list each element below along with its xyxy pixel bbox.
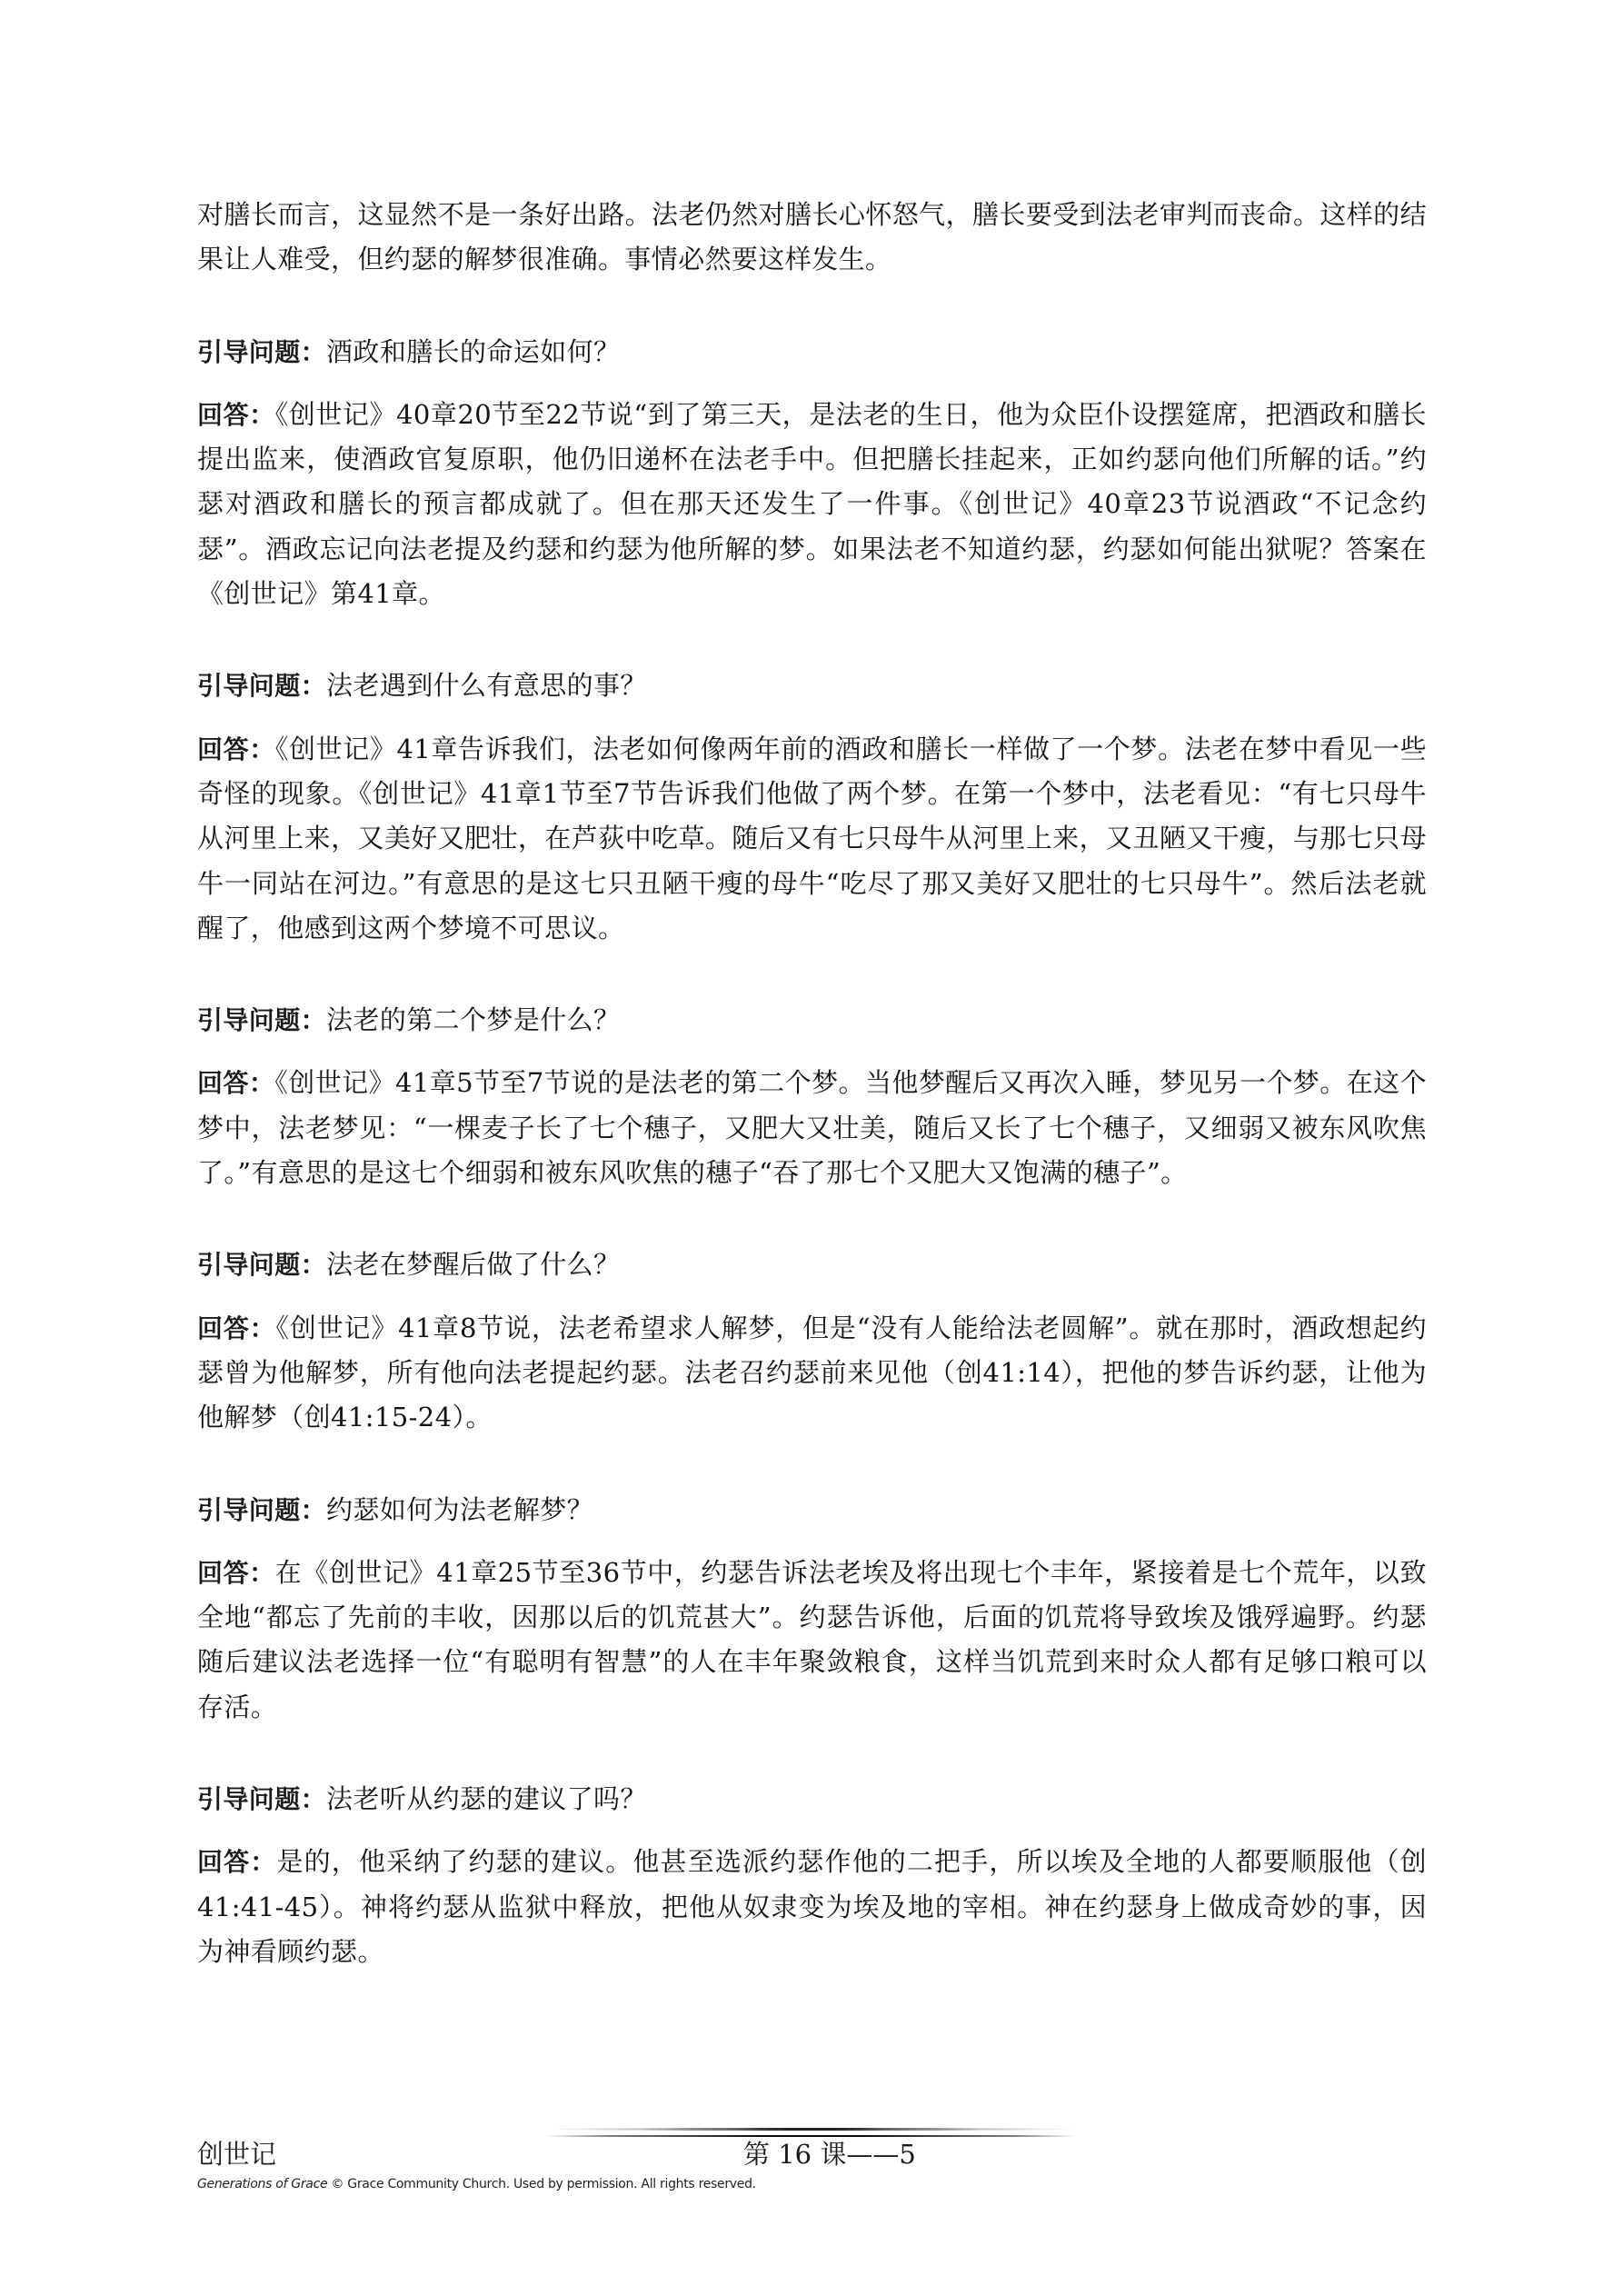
answer-text: 《创世记》40章20节至22节说“到了第三天，是法老的生日，他为众臣仆设摆筵席，… xyxy=(197,399,1427,609)
answer-1: 回答：《创世记》40章20节至22节说“到了第三天，是法老的生日，他为众臣仆设摆… xyxy=(197,393,1427,616)
document-page: 对膳长而言，这显然不是一条好出路。法老仍然对膳长心怀怒气，膳长要受到法老审判而丧… xyxy=(0,0,1623,2296)
answer-5: 回答：在《创世记》41章25节至36节中，约瑟告诉法老埃及将出现七个丰年，紧接着… xyxy=(197,1551,1427,1730)
question-label: 引导问题： xyxy=(197,337,326,367)
footer-page-number: 第 16 课——5 xyxy=(743,2138,916,2171)
copyright-work-title: Generations of Grace xyxy=(197,2177,327,2191)
question-text: 法老的第二个梦是什么？ xyxy=(326,1004,620,1035)
guiding-question-5: 引导问题：约瑟如何为法老解梦？ xyxy=(197,1488,1427,1532)
answer-text: 是的，他采纳了约瑟的建议。他甚至选派约瑟作他的二把手，所以埃及全地的人都要顺服他… xyxy=(197,1846,1427,1967)
answer-label: 回答： xyxy=(197,1068,274,1098)
footer-divider-top xyxy=(545,2128,1077,2131)
footer-book-title: 创世记 xyxy=(197,2138,276,2171)
question-text: 法老听从约瑟的建议了吗？ xyxy=(326,1783,647,1814)
answer-label: 回答： xyxy=(197,734,275,764)
guiding-question-3: 引导问题：法老的第二个梦是什么？ xyxy=(197,998,1427,1043)
answer-text: 《创世记》41章5节至7节说的是法老的第二个梦。当他梦醒后又再次入睡，梦见另一个… xyxy=(197,1067,1427,1188)
question-label: 引导问题： xyxy=(197,1784,326,1814)
answer-text: 《创世记》41章8节说，法老希望求人解梦，但是“没有人能给法老圆解”。就在那时，… xyxy=(197,1313,1427,1433)
answer-4: 回答：《创世记》41章8节说，法老希望求人解梦，但是“没有人能给法老圆解”。就在… xyxy=(197,1306,1427,1441)
question-label: 引导问题： xyxy=(197,1005,326,1035)
answer-label: 回答： xyxy=(197,400,275,430)
answer-text: 在《创世记》41章25节至36节中，约瑟告诉法老埃及将出现七个丰年，紧接着是七个… xyxy=(197,1557,1427,1722)
answer-2: 回答：《创世记》41章告诉我们，法老如何像两年前的酒政和膳长一样做了一个梦。法老… xyxy=(197,727,1427,951)
copyright-notice: © Grace Community Church. Used by permis… xyxy=(327,2177,756,2191)
opening-paragraph: 对膳长而言，这显然不是一条好出路。法老仍然对膳长心怀怒气，膳长要受到法老审判而丧… xyxy=(197,193,1427,283)
footer-divider-bottom xyxy=(545,2135,1077,2137)
answer-label: 回答： xyxy=(197,1558,275,1588)
answer-label: 回答： xyxy=(197,1313,275,1343)
page-body: 对膳长而言，这显然不是一条好出路。法老仍然对膳长心怀怒气，膳长要受到法老审判而丧… xyxy=(197,193,1427,1974)
answer-3: 回答：《创世记》41章5节至7节说的是法老的第二个梦。当他梦醒后又再次入睡，梦见… xyxy=(197,1061,1427,1195)
footer-copyright: Generations of Grace © Grace Community C… xyxy=(197,2175,756,2193)
guiding-question-6: 引导问题：法老听从约瑟的建议了吗？ xyxy=(197,1777,1427,1822)
guiding-question-1: 引导问题：酒政和膳长的命运如何？ xyxy=(197,330,1427,374)
guiding-question-4: 引导问题：法老在梦醒后做了什么？ xyxy=(197,1243,1427,1287)
question-label: 引导问题： xyxy=(197,1250,326,1280)
question-text: 法老在梦醒后做了什么？ xyxy=(326,1249,620,1280)
answer-text: 《创世记》41章告诉我们，法老如何像两年前的酒政和膳长一样做了一个梦。法老在梦中… xyxy=(197,734,1427,943)
question-label: 引导问题： xyxy=(197,671,326,701)
question-label: 引导问题： xyxy=(197,1495,326,1525)
answer-6: 回答：是的，他采纳了约瑟的建议。他甚至选派约瑟作他的二把手，所以埃及全地的人都要… xyxy=(197,1840,1427,1974)
guiding-question-2: 引导问题：法老遇到什么有意思的事？ xyxy=(197,664,1427,708)
question-text: 约瑟如何为法老解梦？ xyxy=(326,1494,593,1525)
answer-label: 回答： xyxy=(197,1847,276,1877)
question-text: 酒政和膳长的命运如何？ xyxy=(326,336,620,367)
question-text: 法老遇到什么有意思的事？ xyxy=(326,670,647,701)
